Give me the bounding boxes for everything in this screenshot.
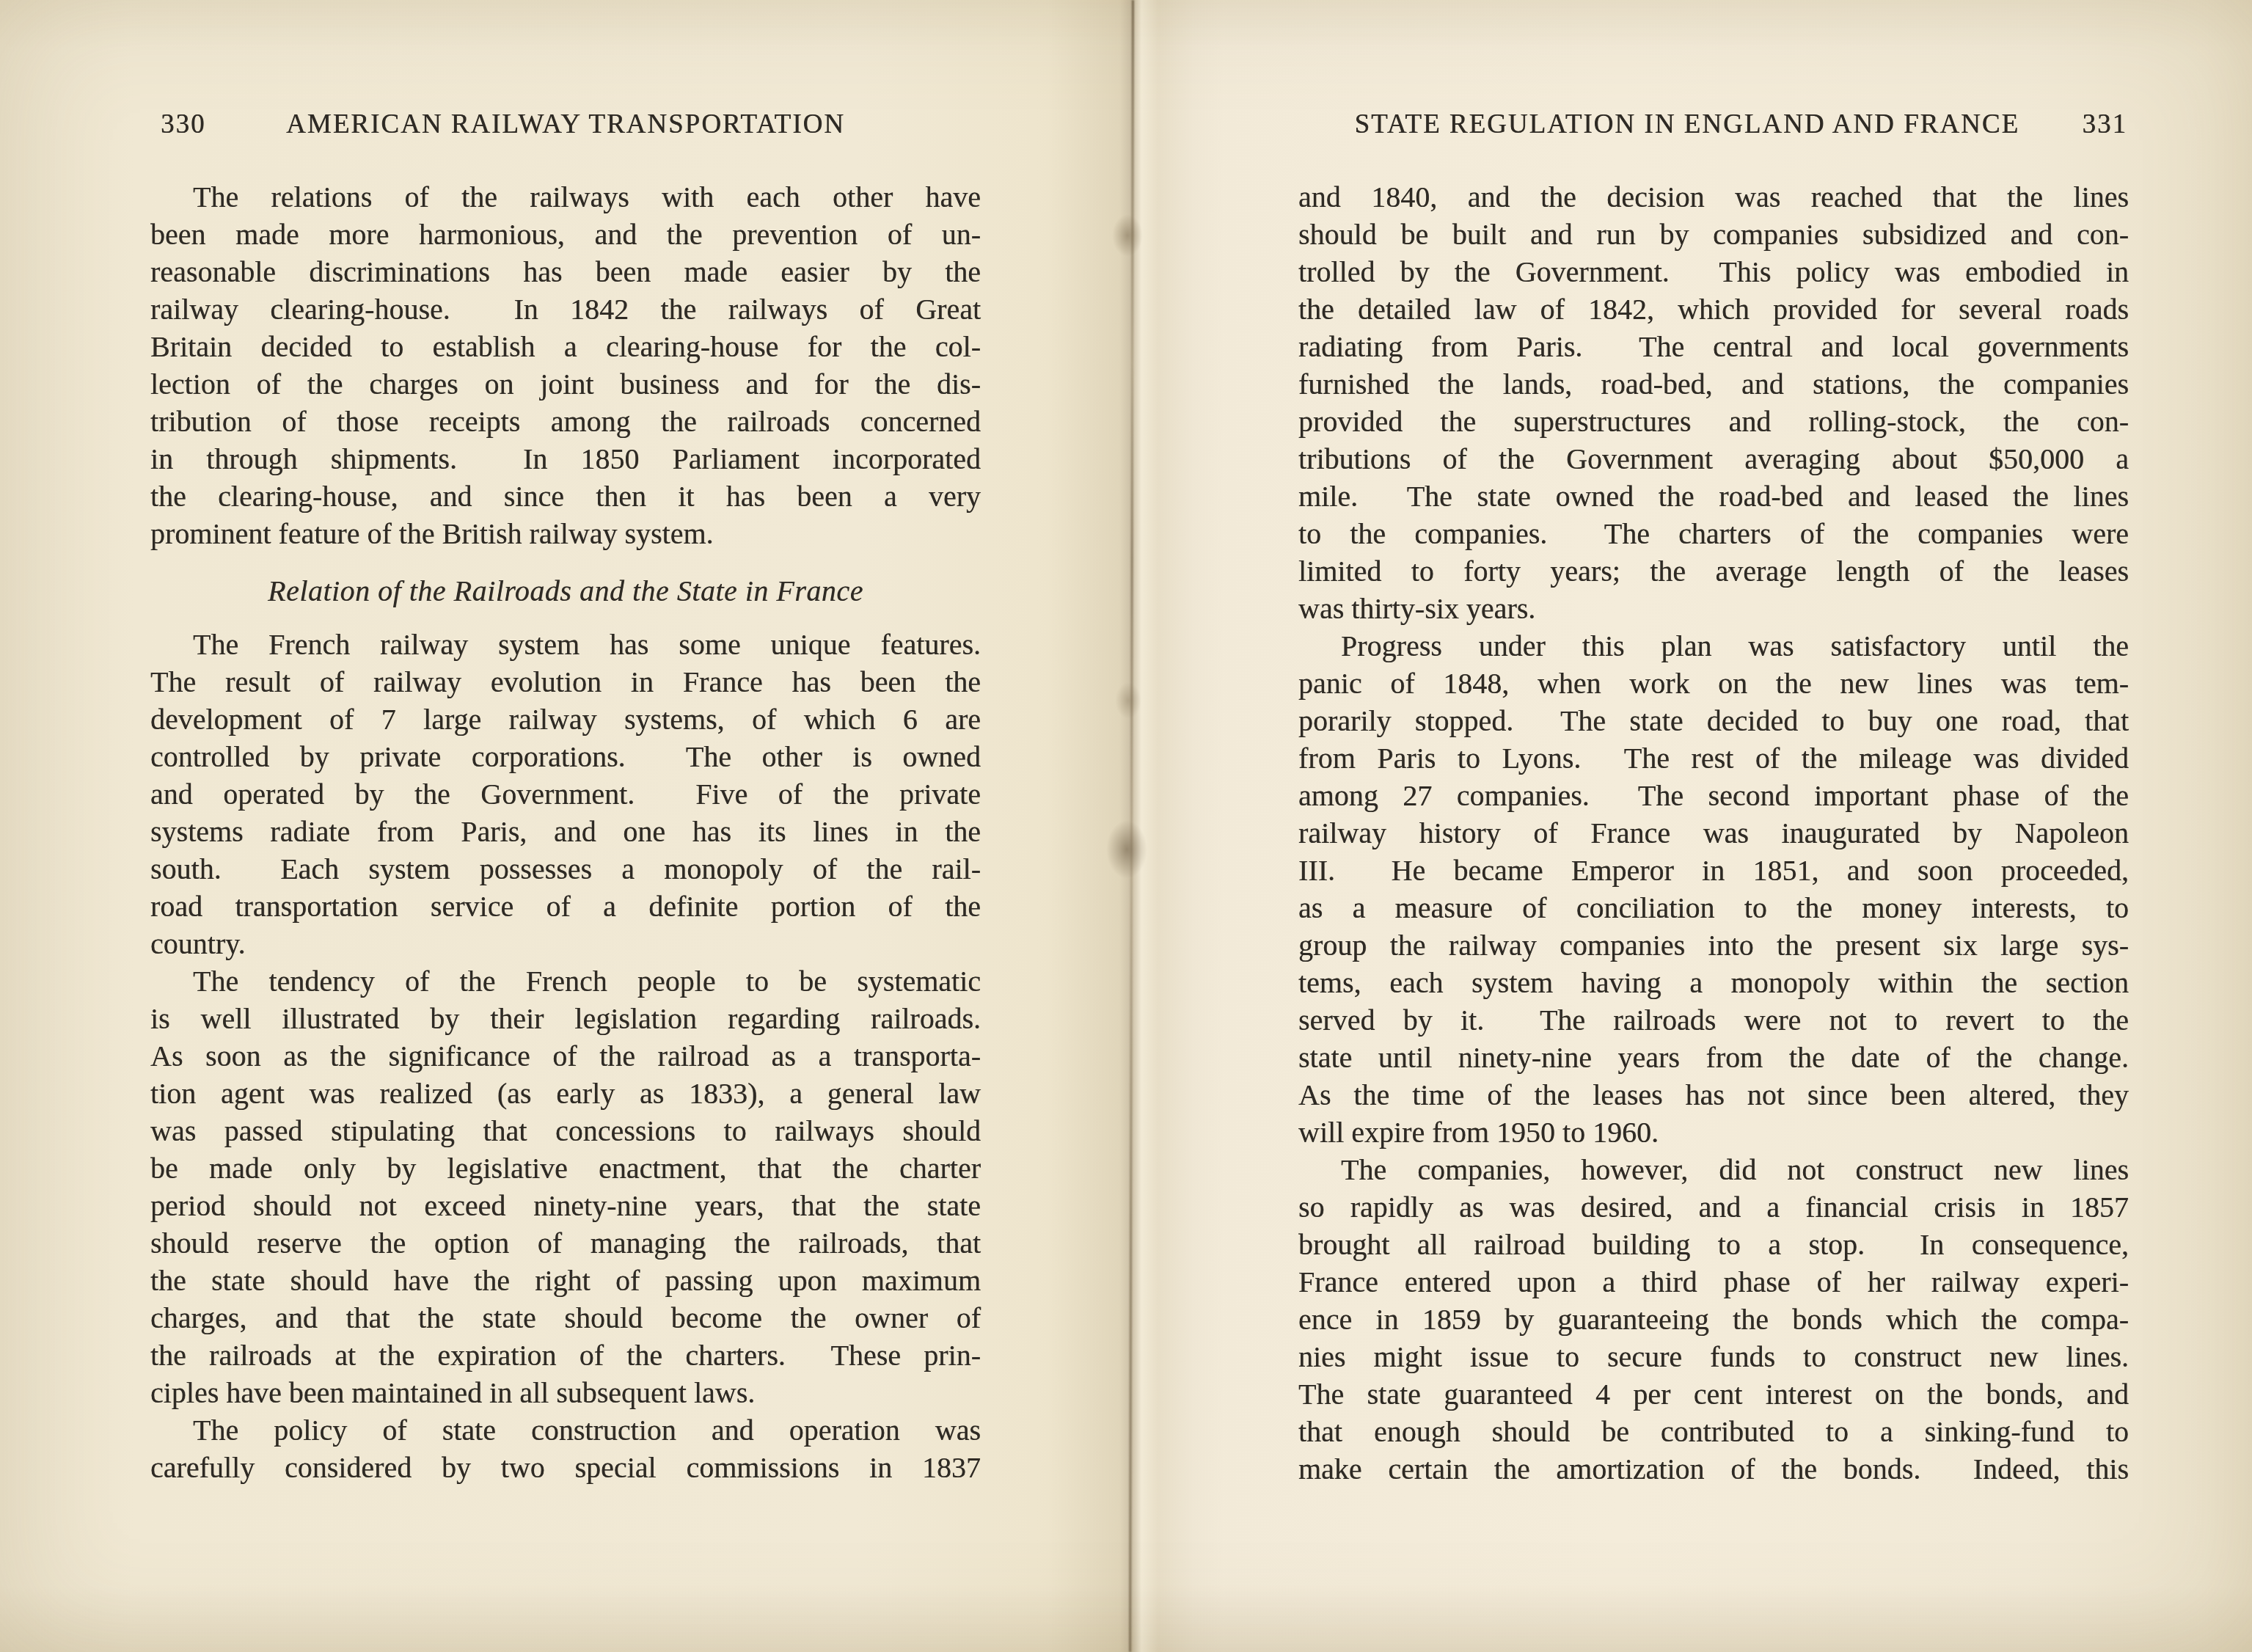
text-line: been made more harmonious, and the preve… xyxy=(150,216,981,253)
text-line: The state guaranteed 4 per cent interest… xyxy=(1298,1375,2129,1413)
text-line: Britain decided to establish a clearing-… xyxy=(150,328,981,365)
text-line: carefully considered by two special comm… xyxy=(150,1449,981,1486)
text-line: so rapidly as was desired, and a financi… xyxy=(1298,1188,2129,1226)
text-line: nies might issue to secure funds to cons… xyxy=(1298,1338,2129,1375)
paragraph: and 1840, and the decision was reached t… xyxy=(1298,178,2129,627)
book-spread: 330 AMERICAN RAILWAY TRANSPORTATION The … xyxy=(0,0,2252,1652)
text-line: The French railway system has some uniqu… xyxy=(150,626,981,663)
paragraph: The tendency of the French people to be … xyxy=(150,962,981,1411)
text-line: provided the superstructures and rolling… xyxy=(1298,403,2129,440)
text-line: be made only by legislative enactment, t… xyxy=(150,1150,981,1187)
text-line: and operated by the Government. Five of … xyxy=(150,775,981,813)
text-line: and 1840, and the decision was reached t… xyxy=(1298,178,2129,216)
text-line: porarily stopped. The state decided to b… xyxy=(1298,702,2129,739)
text-line: should be built and run by companies sub… xyxy=(1298,216,2129,253)
text-line: tribution of those receipts among the ra… xyxy=(150,403,981,440)
text-line: tion agent was realized (as early as 183… xyxy=(150,1075,981,1112)
text-line: As the time of the leases has not since … xyxy=(1298,1076,2129,1114)
text-line: among 27 companies. The second important… xyxy=(1298,777,2129,814)
text-line: should reserve the option of managing th… xyxy=(150,1224,981,1262)
gutter-crease xyxy=(1129,0,1134,1652)
left-page-text: The relations of the railways with each … xyxy=(150,178,981,1486)
text-line: as a measure of conciliation to the mone… xyxy=(1298,889,2129,926)
paragraph: The French railway system has some uniqu… xyxy=(150,626,981,962)
text-line: As soon as the significance of the railr… xyxy=(150,1037,981,1075)
text-line: trolled by the Government. This policy w… xyxy=(1298,253,2129,290)
text-line: brought all railroad building to a stop.… xyxy=(1298,1226,2129,1263)
text-line: limited to forty years; the average leng… xyxy=(1298,552,2129,590)
text-line: furnished the lands, road-bed, and stati… xyxy=(1298,365,2129,403)
text-line: development of 7 large railway systems, … xyxy=(150,701,981,738)
text-line: from Paris to Lyons. The rest of the mil… xyxy=(1298,739,2129,777)
right-page-text: and 1840, and the decision was reached t… xyxy=(1298,178,2129,1488)
text-line: The tendency of the French people to be … xyxy=(150,962,981,1000)
text-line: south. Each system possesses a monopoly … xyxy=(150,850,981,888)
text-line: The result of railway evolution in Franc… xyxy=(150,663,981,701)
text-line: charges, and that the state should becom… xyxy=(150,1299,981,1337)
text-line: ence in 1859 by guaranteeing the bonds w… xyxy=(1298,1301,2129,1338)
paragraph: The policy of state construction and ope… xyxy=(150,1411,981,1486)
crease-nick xyxy=(1112,214,1143,257)
text-line: France entered upon a third phase of her… xyxy=(1298,1263,2129,1301)
text-line: the state should have the right of passi… xyxy=(150,1262,981,1299)
text-line: lection of the charges on joint business… xyxy=(150,365,981,403)
text-line: the railroads at the expiration of the c… xyxy=(150,1337,981,1374)
left-page-header: 330 AMERICAN RAILWAY TRANSPORTATION xyxy=(150,109,981,141)
text-line: ciples have been maintained in all subse… xyxy=(150,1374,981,1411)
text-line: mile. The state owned the road-bed and l… xyxy=(1298,478,2129,515)
text-line: is well illustrated by their legislation… xyxy=(150,1000,981,1037)
text-line: will expire from 1950 to 1960. xyxy=(1298,1114,2129,1151)
right-page-number: 331 xyxy=(2083,109,2128,140)
text-line: prominent feature of the British railway… xyxy=(150,515,981,552)
left-page-number: 330 xyxy=(161,109,206,140)
paragraph: Progress under this plan was satisfactor… xyxy=(1298,627,2129,1151)
text-line: III. He became Emperor in 1851, and soon… xyxy=(1298,852,2129,889)
paragraph: The relations of the railways with each … xyxy=(150,178,981,552)
text-line: panic of 1848, when work on the new line… xyxy=(1298,665,2129,702)
text-line: The companies, however, did not construc… xyxy=(1298,1151,2129,1188)
text-line: radiating from Paris. The central and lo… xyxy=(1298,328,2129,365)
text-line: controlled by private corporations. The … xyxy=(150,738,981,775)
text-line: state until ninety-nine years from the d… xyxy=(1298,1039,2129,1076)
text-line: The policy of state construction and ope… xyxy=(150,1411,981,1449)
paragraph: The companies, however, did not construc… xyxy=(1298,1151,2129,1488)
text-line: period should not exceed ninety-nine yea… xyxy=(150,1187,981,1224)
text-line: railway clearing-house. In 1842 the rail… xyxy=(150,290,981,328)
text-line: make certain the amortization of the bon… xyxy=(1298,1450,2129,1488)
right-running-head: STATE REGULATION IN ENGLAND AND FRANCE xyxy=(1354,109,2019,140)
text-line: the clearing-house, and since then it ha… xyxy=(150,478,981,515)
text-line: that enough should be contributed to a s… xyxy=(1298,1413,2129,1450)
right-page-header: STATE REGULATION IN ENGLAND AND FRANCE 3… xyxy=(1298,109,2129,141)
text-line: the detailed law of 1842, which provided… xyxy=(1298,290,2129,328)
text-line: road transportation service of a definit… xyxy=(150,888,981,925)
text-line: country. xyxy=(150,925,981,962)
text-line: in through shipments. In 1850 Parliament… xyxy=(150,440,981,478)
text-line: tems, each system having a monopoly with… xyxy=(1298,964,2129,1001)
text-line: railway history of France was inaugurate… xyxy=(1298,814,2129,852)
text-line: group the railway companies into the pre… xyxy=(1298,926,2129,964)
text-line: tributions of the Government averaging a… xyxy=(1298,440,2129,478)
text-line: The relations of the railways with each … xyxy=(150,178,981,216)
text-line: to the companies. The charters of the co… xyxy=(1298,515,2129,552)
section-heading: Relation of the Railroads and the State … xyxy=(150,572,981,610)
text-line: reasonable discriminations has been made… xyxy=(150,253,981,290)
gutter-shadow xyxy=(1049,0,1225,1652)
text-line: was passed stipulating that concessions … xyxy=(150,1112,981,1150)
text-line: Progress under this plan was satisfactor… xyxy=(1298,627,2129,665)
text-line: systems radiate from Paris, and one has … xyxy=(150,813,981,850)
text-line: was thirty-six years. xyxy=(1298,590,2129,627)
crease-nick xyxy=(1106,820,1147,879)
crease-nick xyxy=(1115,682,1141,719)
text-line: served by it. The railroads were not to … xyxy=(1298,1001,2129,1039)
left-running-head: AMERICAN RAILWAY TRANSPORTATION xyxy=(286,109,845,140)
